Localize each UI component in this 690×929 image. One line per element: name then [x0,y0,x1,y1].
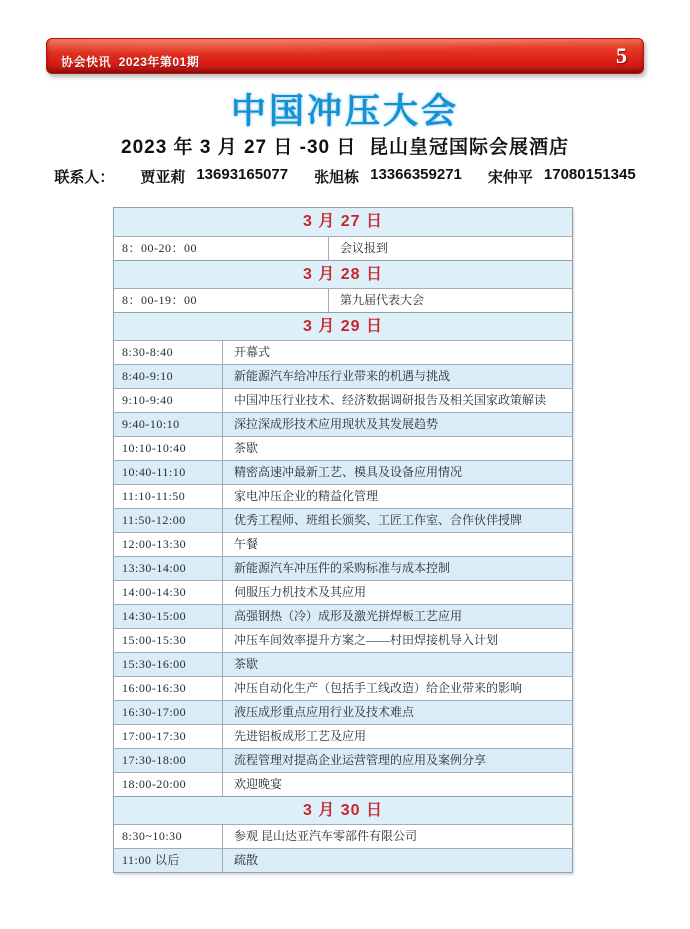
newsletter-banner: 协会快讯 2023年第01期 5 [46,38,644,74]
event-cell: 伺服压力机技术及其应用 [223,581,572,604]
contact-person: 张旭栋 13366359271 [314,166,462,187]
event-cell: 流程管理对提高企业运营管理的应用及案例分享 [223,749,572,772]
time-cell: 14:30-15:00 [114,605,223,628]
event-cell: 冲压车间效率提升方案之——村田焊接机导入计划 [223,629,572,652]
date-header: 3 月 28 日 [114,260,572,288]
event-cell: 冲压自动化生产（包括手工线改造）给企业带来的影响 [223,677,572,700]
contact-name: 贾亚莉 [140,166,185,187]
contact-line: 联系人： 贾亚莉 13693165077 张旭栋 13366359271 宋仲平… [0,166,690,187]
contact-person: 贾亚莉 13693165077 [140,166,288,187]
schedule-row: 8:40-9:10新能源汽车给冲压行业带来的机遇与挑战 [114,364,572,388]
date-header: 3 月 29 日 [114,312,572,340]
schedule-row: 11:00 以后疏散 [114,848,572,872]
contact-label: 联系人： [54,166,114,187]
schedule-row: 8:30~10:30参观 昆山达亚汽车零部件有限公司 [114,824,572,848]
schedule-row: 14:30-15:00高强钢热（冷）成形及激光拼焊板工艺应用 [114,604,572,628]
schedule-row: 15:00-15:30冲压车间效率提升方案之——村田焊接机导入计划 [114,628,572,652]
time-cell: 10:10-10:40 [114,437,223,460]
time-cell: 17:00-17:30 [114,725,223,748]
schedule-row: 10:40-11:10精密高速冲最新工艺、模具及设备应用情况 [114,460,572,484]
event-cell: 茶歇 [223,437,572,460]
event-cell: 欢迎晚宴 [223,773,572,796]
time-cell: 17:30-18:00 [114,749,223,772]
time-cell: 9:10-9:40 [114,389,223,412]
contact-phone: 13366359271 [370,166,462,187]
schedule-row: 11:10-11:50家电冲压企业的精益化管理 [114,484,572,508]
conference-date-venue: 2023 年 3 月 27 日 -30 日 昆山皇冠国际会展酒店 [0,132,690,159]
schedule-row: 17:00-17:30先进铝板成形工艺及应用 [114,724,572,748]
event-cell: 家电冲压企业的精益化管理 [223,485,572,508]
time-cell: 8:30-8:40 [114,341,223,364]
event-cell: 先进铝板成形工艺及应用 [223,725,572,748]
schedule-row: 13:30-14:00新能源汽车冲压件的采购标准与成本控制 [114,556,572,580]
schedule-row: 9:10-9:40中国冲压行业技术、经济数据调研报告及相关国家政策解读 [114,388,572,412]
time-cell: 15:00-15:30 [114,629,223,652]
event-cell: 开幕式 [223,341,572,364]
event-cell: 茶歇 [223,653,572,676]
event-cell: 中国冲压行业技术、经济数据调研报告及相关国家政策解读 [223,389,572,412]
time-cell: 11:10-11:50 [114,485,223,508]
schedule-row: 12:00-13:30午餐 [114,532,572,556]
page-number: 5 [616,43,627,69]
event-cell: 午餐 [223,533,572,556]
event-cell: 疏散 [223,849,572,872]
event-cell: 深拉深成形技术应用现状及其发展趋势 [223,413,572,436]
time-cell: 13:30-14:00 [114,557,223,580]
time-cell: 18:00-20:00 [114,773,223,796]
schedule-row: 10:10-10:40茶歇 [114,436,572,460]
time-cell: 8:40-9:10 [114,365,223,388]
newsletter-issue-label: 协会快讯 2023年第01期 [61,53,199,70]
schedule-row: 16:30-17:00液压成形重点应用行业及技术难点 [114,700,572,724]
time-cell: 15:30-16:00 [114,653,223,676]
event-cell: 液压成形重点应用行业及技术难点 [223,701,572,724]
schedule-row: 9:40-10:10深拉深成形技术应用现状及其发展趋势 [114,412,572,436]
schedule-row: 14:00-14:30伺服压力机技术及其应用 [114,580,572,604]
contact-phone: 17080151345 [544,166,636,187]
time-cell: 16:00-16:30 [114,677,223,700]
schedule-table: 3 月 27 日8：00-20：00会议报到3 月 28 日8：00-19：00… [113,207,573,873]
time-cell: 8：00-20：00 [114,237,329,260]
schedule-row: 8：00-20：00会议报到 [114,236,572,260]
contact-name: 宋仲平 [488,166,533,187]
time-cell: 11:00 以后 [114,849,223,872]
contact-person: 宋仲平 17080151345 [488,166,636,187]
schedule-row: 16:00-16:30冲压自动化生产（包括手工线改造）给企业带来的影响 [114,676,572,700]
schedule-row: 15:30-16:00茶歇 [114,652,572,676]
schedule-row: 18:00-20:00欢迎晚宴 [114,772,572,796]
event-cell: 优秀工程师、班组长颁奖、工匠工作室、合作伙伴授牌 [223,509,572,532]
page: { "banner": { "issue_label": "协会快讯 2023年… [0,0,690,929]
event-cell: 第九届代表大会 [329,289,572,312]
event-cell: 高强钢热（冷）成形及激光拼焊板工艺应用 [223,605,572,628]
schedule-row: 8：00-19：00第九届代表大会 [114,288,572,312]
time-cell: 14:00-14:30 [114,581,223,604]
event-cell: 精密高速冲最新工艺、模具及设备应用情况 [223,461,572,484]
time-cell: 9:40-10:10 [114,413,223,436]
event-cell: 参观 昆山达亚汽车零部件有限公司 [223,825,572,848]
contact-phone: 13693165077 [196,166,288,187]
time-cell: 8：00-19：00 [114,289,329,312]
event-cell: 会议报到 [329,237,572,260]
conference-title: 中国冲压大会 [0,84,690,134]
schedule-row: 11:50-12:00优秀工程师、班组长颁奖、工匠工作室、合作伙伴授牌 [114,508,572,532]
time-cell: 12:00-13:30 [114,533,223,556]
time-cell: 16:30-17:00 [114,701,223,724]
date-header: 3 月 27 日 [114,208,572,236]
contact-name: 张旭栋 [314,166,359,187]
event-cell: 新能源汽车给冲压行业带来的机遇与挑战 [223,365,572,388]
time-cell: 10:40-11:10 [114,461,223,484]
event-cell: 新能源汽车冲压件的采购标准与成本控制 [223,557,572,580]
time-cell: 8:30~10:30 [114,825,223,848]
schedule-row: 8:30-8:40开幕式 [114,340,572,364]
time-cell: 11:50-12:00 [114,509,223,532]
schedule-row: 17:30-18:00流程管理对提高企业运营管理的应用及案例分享 [114,748,572,772]
date-header: 3 月 30 日 [114,796,572,824]
